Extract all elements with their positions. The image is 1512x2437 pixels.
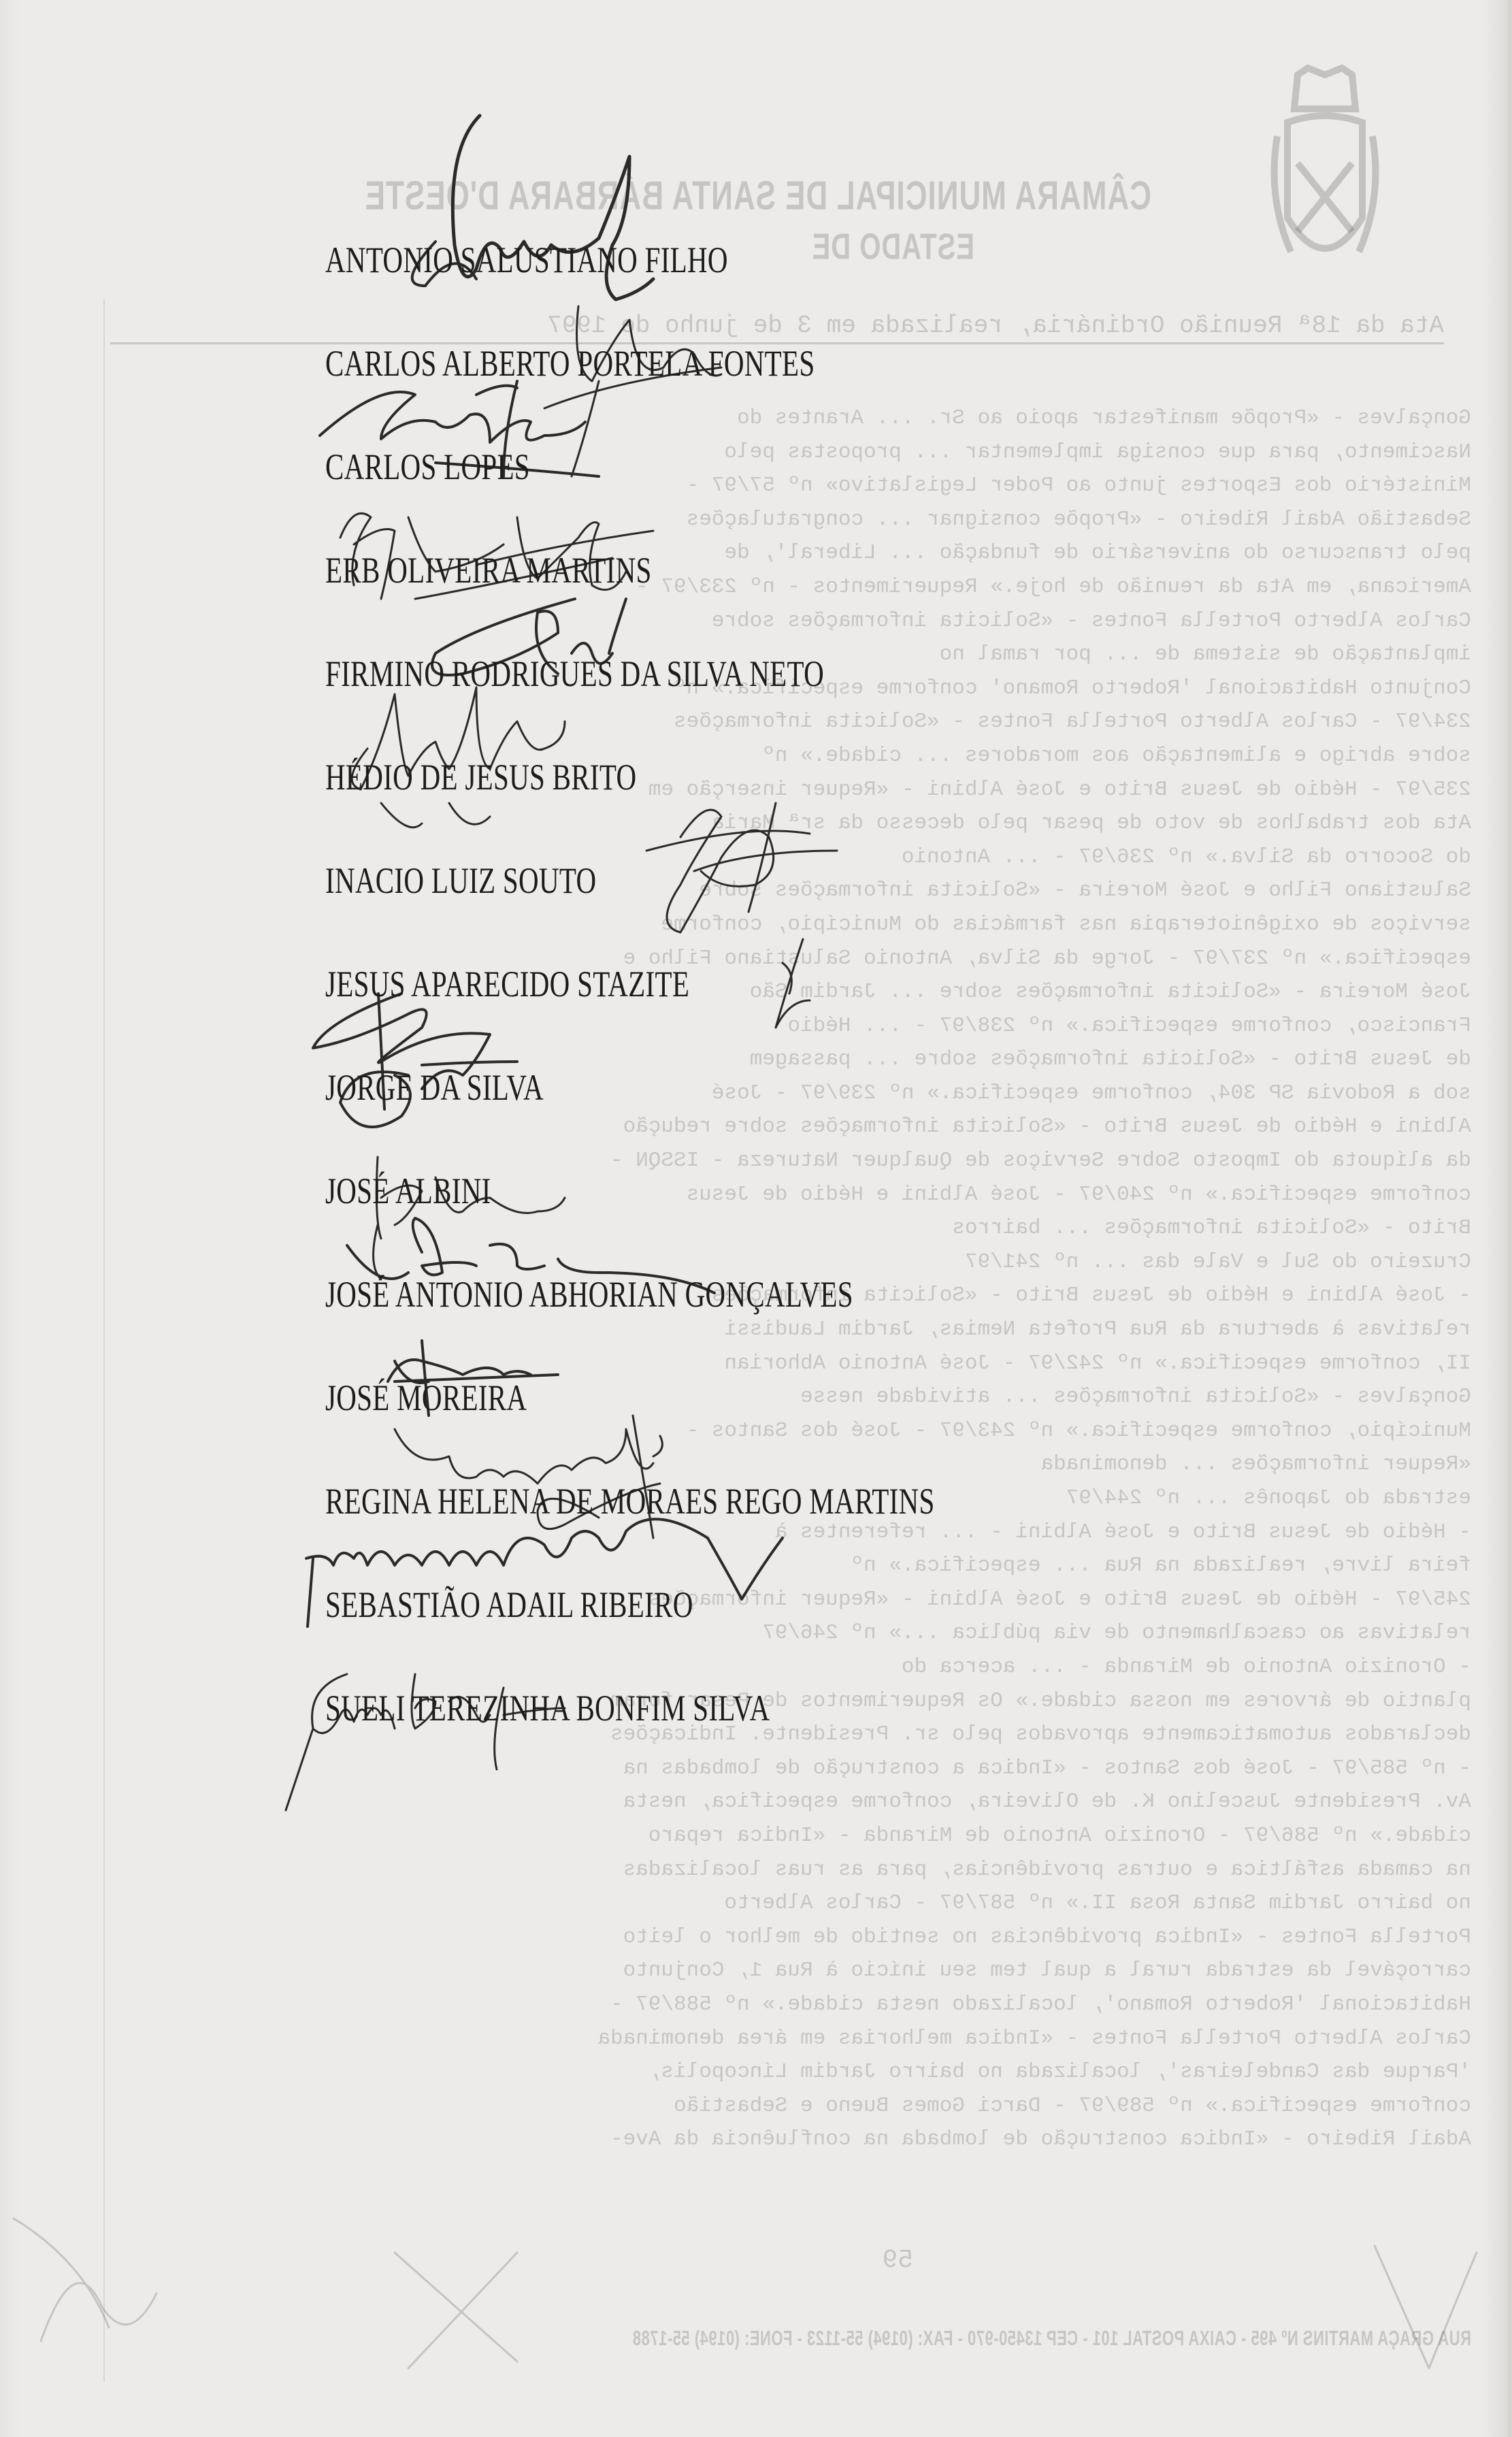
signatory-name: JESUS APARECIDO STAZITE [325,962,689,1005]
signatory-name: ERB OLIVEIRA MARTINS [325,549,652,591]
signatory-name: JOSÉ MOREIRA [325,1376,527,1419]
signatory-name: HÉDIO DE JESUS BRITO [325,755,636,798]
signatory-name: ANTONIO SALUSTIANO FILHO [325,238,728,281]
signatory-name: REGINA HELENA DE MORAES REGO MARTINS [325,1479,935,1522]
signatory-name: CARLOS LOPES [325,445,530,488]
signatory-name: CARLOS ALBERTO PORTELA FONTES [325,342,815,385]
signatory-name: JORGE DA SILVA [325,1066,544,1109]
signatory-name: JOSÉ ANTONIO ABHORIAN GONÇALVES [325,1273,853,1315]
signatory-name: SUELI TEREZINHA BONFIM SILVA [325,1686,770,1729]
signatory-name: SEBASTIÃO ADAIL RIBEIRO [325,1583,693,1626]
signatory-list: ANTONIO SALUSTIANO FILHO CARLOS ALBERTO … [0,0,1512,2437]
scan-edge [1508,0,1512,2437]
signatory-name: JOSÉ ALBINI [325,1169,491,1212]
signatory-name: FIRMINO RODRIGUES DA SILVA NETO [325,652,824,695]
signatory-name: INACIO LUIZ SOUTO [325,859,596,902]
